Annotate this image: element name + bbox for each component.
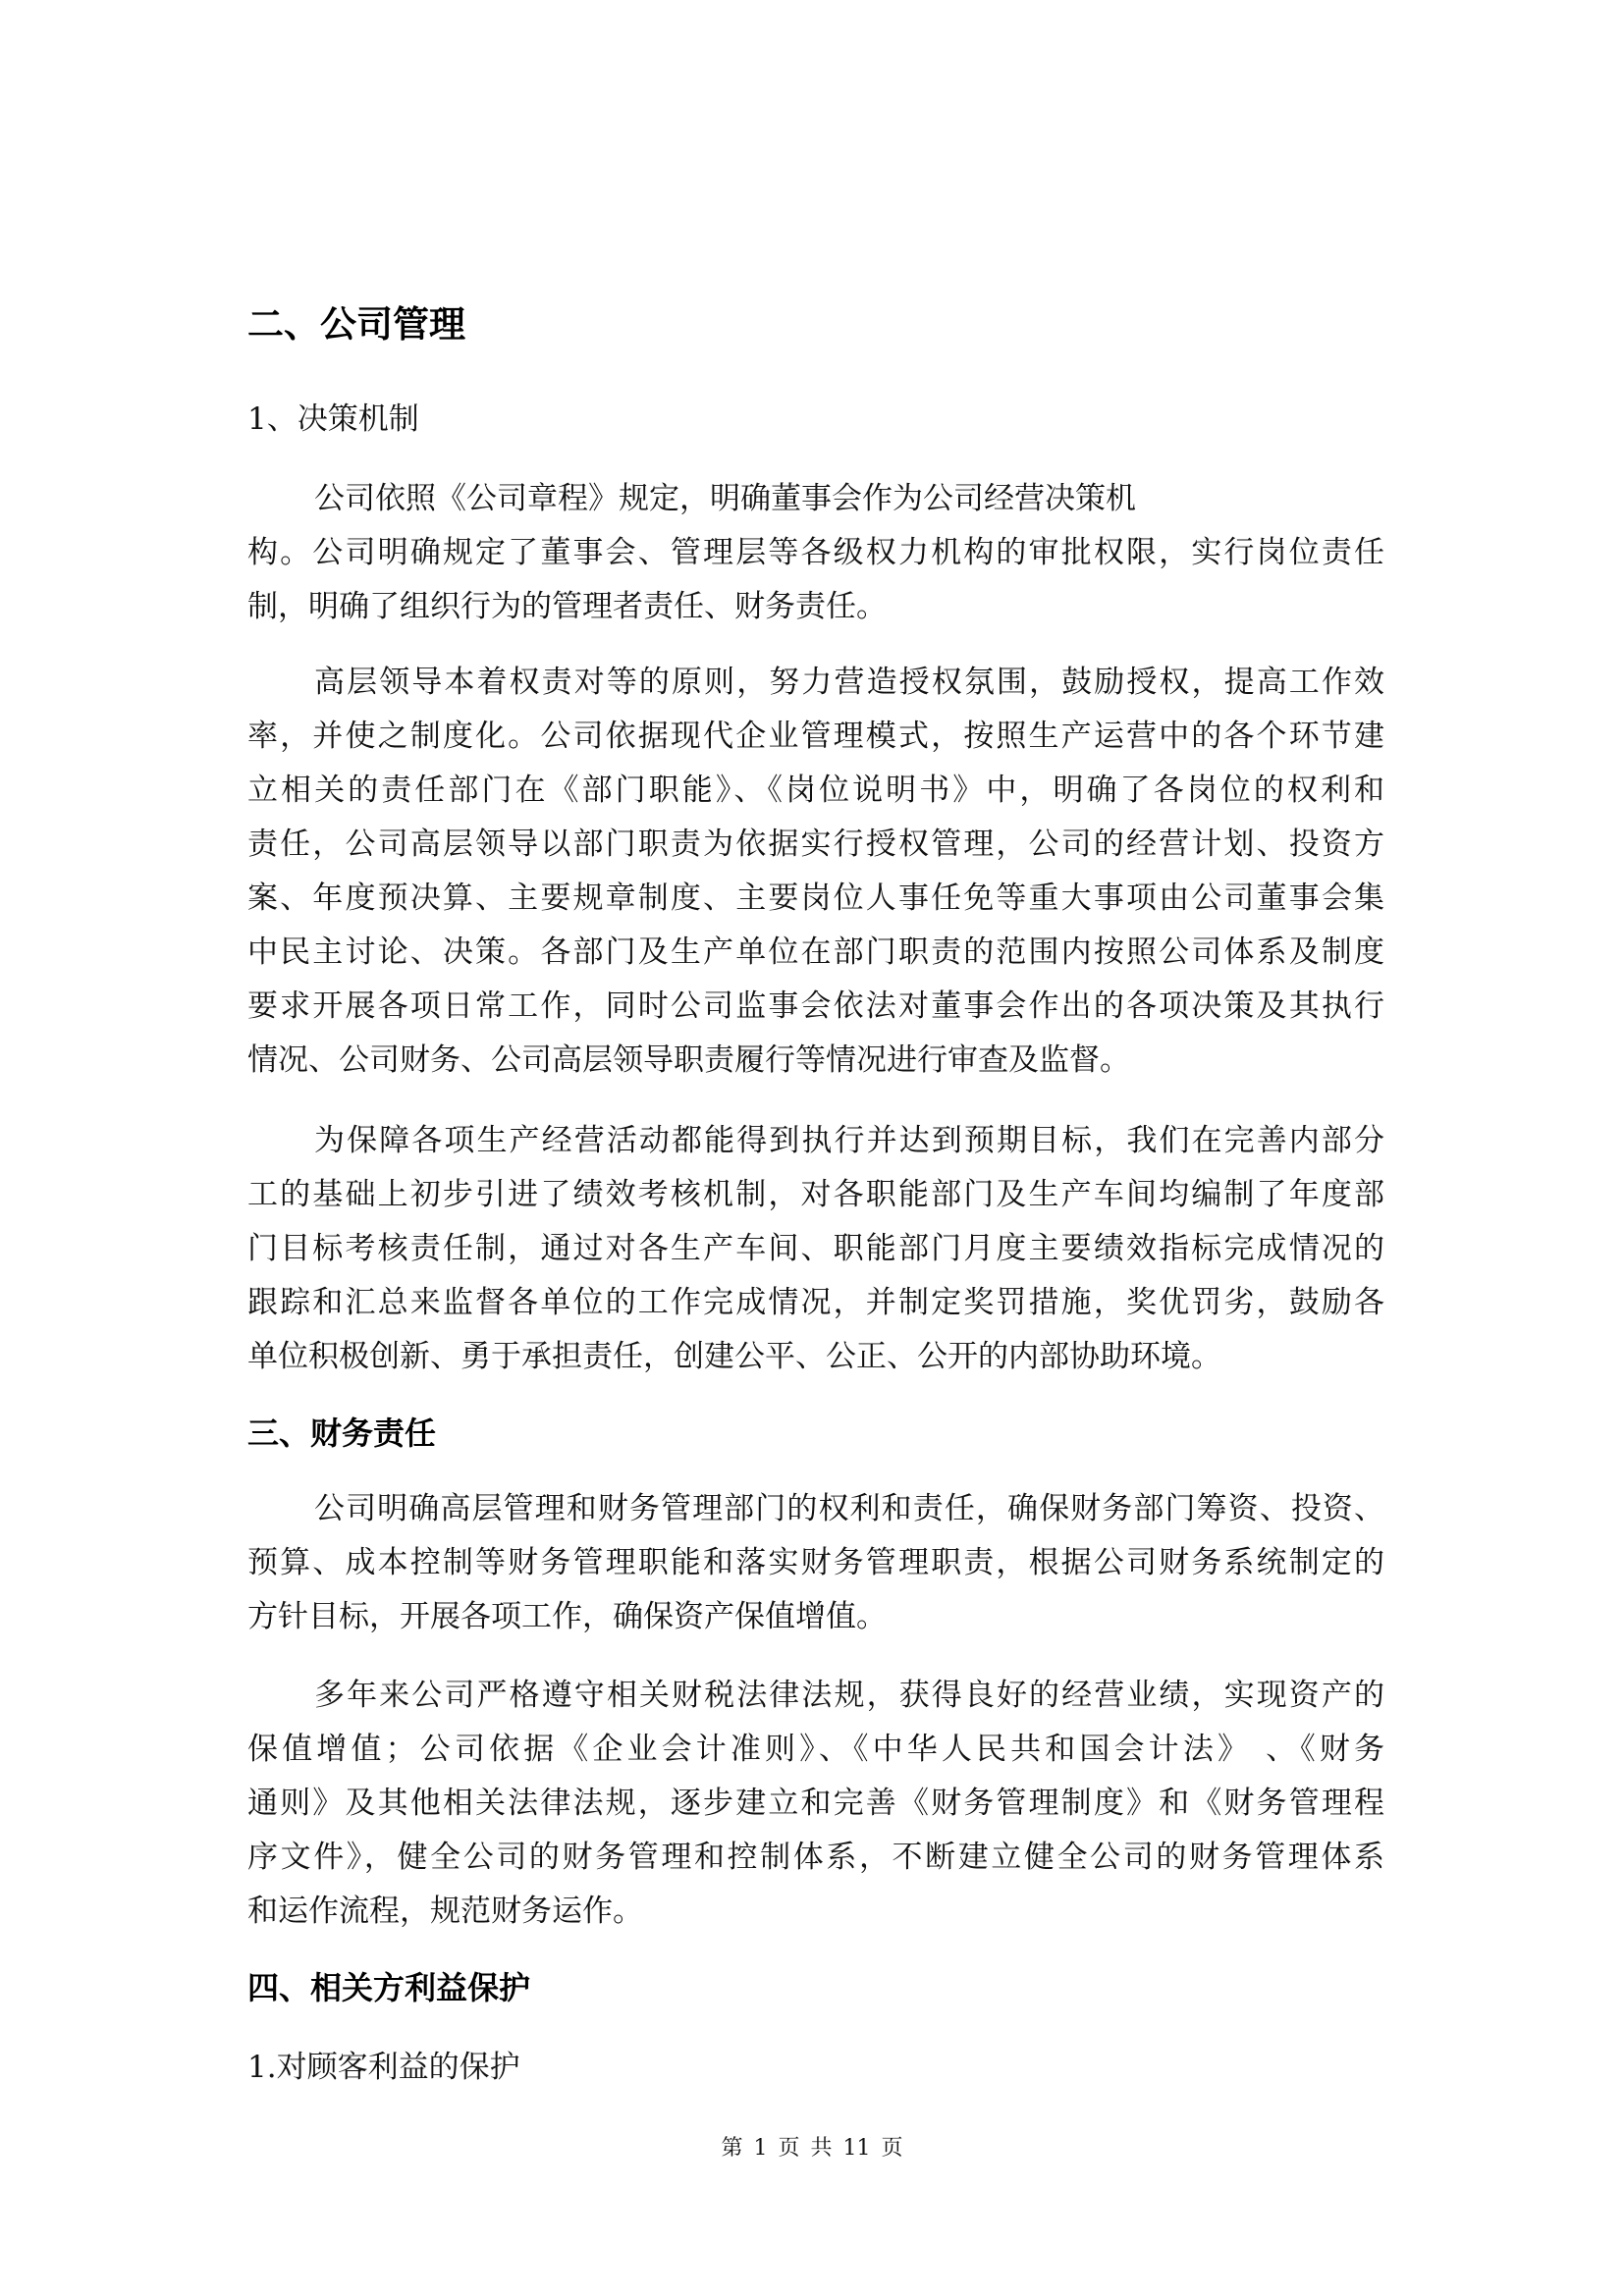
text-line: 方针目标，开展各项工作，确保资产保值增值。 (247, 1590, 1384, 1644)
paragraph-financial-compliance: 多年来公司严格遵守相关财税法律法规，获得良好的经营业绩，实现资产的 保值增值；公… (247, 1669, 1384, 1939)
text-line: 为保障各项生产经营活动都能得到执行并达到预期目标，我们在完善内部分 (247, 1114, 1384, 1168)
subheading-decision-mechanism: 1、决策机制 (247, 400, 1384, 439)
document-page: 二、公司管理 1、决策机制 公司依照《公司章程》规定，明确董事会作为公司经营决策… (0, 0, 1624, 2296)
subheading-customer-protection: 1.对顾客利益的保护 (247, 2048, 1384, 2087)
text-line: 门目标考核责任制，通过对各生产车间、职能部门月度主要绩效指标完成情况的 (247, 1222, 1384, 1276)
text-line: 案、年度预决算、主要规章制度、主要岗位人事任免等重大事项由公司董事会集 (247, 872, 1384, 926)
text-line: 跟踪和汇总来监督各单位的工作完成情况，并制定奖罚措施，奖优罚劣，鼓励各 (247, 1276, 1384, 1330)
text-line: 要求开展各项日常工作，同时公司监事会依法对董事会作出的各项决策及其执行 (247, 980, 1384, 1034)
text-line: 率，并使之制度化。公司依据现代企业管理模式，按照生产运营中的各个环节建 (247, 710, 1384, 764)
page-number-footer: 第 1 页 共 11 页 (0, 2134, 1624, 2163)
text-line: 构。公司明确规定了董事会、管理层等各级权力机构的审批权限，实行岗位责任 (247, 526, 1384, 580)
section-heading-financial-responsibility: 三、财务责任 (247, 1414, 1384, 1453)
text-line: 保值增值；公司依据《企业会计准则》、《中华人民共和国会计法》 、《财务 (247, 1723, 1384, 1777)
text-line: 公司明确高层管理和财务管理部门的权利和责任，确保财务部门筹资、投资、 (247, 1482, 1384, 1536)
text-line: 和运作流程，规范财务运作。 (247, 1885, 1384, 1939)
text-line: 工的基础上初步引进了绩效考核机制，对各职能部门及生产车间均编制了年度部 (247, 1168, 1384, 1222)
text-line: 预算、成本控制等财务管理职能和落实财务管理职责，根据公司财务系统制定的 (247, 1536, 1384, 1590)
text-line: 责任，公司高层领导以部门职责为依据实行授权管理，公司的经营计划、投资方 (247, 818, 1384, 872)
text-line: 多年来公司严格遵守相关财税法律法规，获得良好的经营业绩，实现资产的 (247, 1669, 1384, 1723)
text-line: 高层领导本着权责对等的原则，努力营造授权氛围，鼓励授权，提高工作效 (247, 656, 1384, 710)
section-heading-company-management: 二、公司管理 (247, 303, 1384, 347)
paragraph-financial-duties: 公司明确高层管理和财务管理部门的权利和责任，确保财务部门筹资、投资、 预算、成本… (247, 1482, 1384, 1644)
text-line: 立相关的责任部门在《部门职能》、《岗位说明书》中，明确了各岗位的权利和 (247, 764, 1384, 818)
text-line: 公司依照《公司章程》规定，明确董事会作为公司经营决策机 (247, 472, 1384, 526)
text-line: 制，明确了组织行为的管理者责任、财务责任。 (247, 580, 1384, 634)
text-line: 中民主讨论、决策。各部门及生产单位在部门职责的范围内按照公司体系及制度 (247, 926, 1384, 980)
paragraph-performance-appraisal: 为保障各项生产经营活动都能得到执行并达到预期目标，我们在完善内部分 工的基础上初… (247, 1114, 1384, 1384)
text-line: 单位积极创新、勇于承担责任，创建公平、公正、公开的内部协助环境。 (247, 1330, 1384, 1384)
text-line: 通则》及其他相关法律法规，逐步建立和完善《财务管理制度》和《财务管理程 (247, 1777, 1384, 1831)
text-line: 序文件》，健全公司的财务管理和控制体系，不断建立健全公司的财务管理体系 (247, 1831, 1384, 1885)
text-line: 情况、公司财务、公司高层领导职责履行等情况进行审查及监督。 (247, 1034, 1384, 1088)
paragraph-decision-body: 公司依照《公司章程》规定，明确董事会作为公司经营决策机 构。公司明确规定了董事会… (247, 472, 1384, 634)
section-heading-stakeholder-protection: 四、相关方利益保护 (247, 1968, 1384, 2007)
paragraph-authorization: 高层领导本着权责对等的原则，努力营造授权氛围，鼓励授权，提高工作效 率，并使之制… (247, 656, 1384, 1088)
